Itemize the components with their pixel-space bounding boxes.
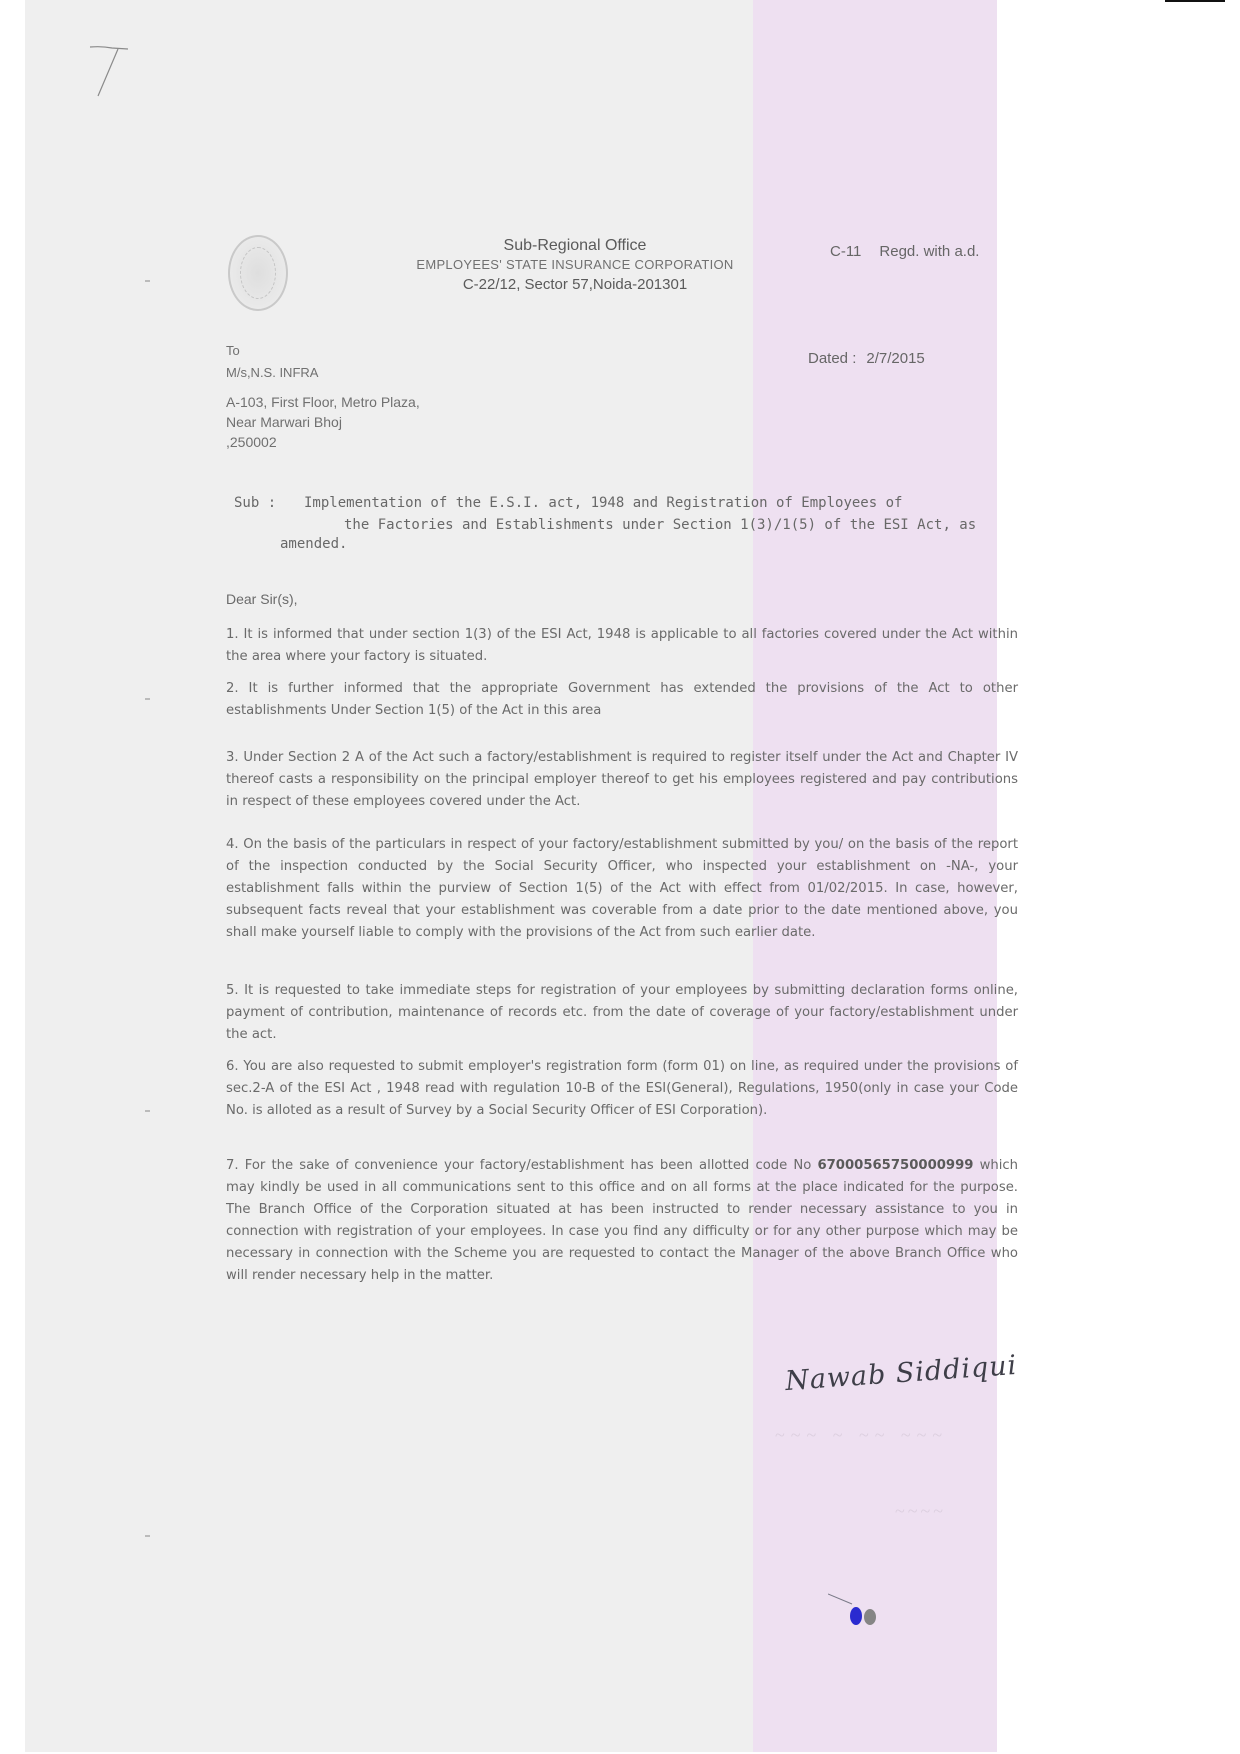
esic-emblem-icon: [228, 235, 288, 311]
reference-line: C-11Regd. with a.d.: [830, 243, 979, 260]
date-label: Dated :: [808, 350, 856, 367]
employer-code: 67000565750000999: [817, 1158, 973, 1173]
recipient-block: To M/s,N.S. INFRA A-103, First Floor, Me…: [226, 340, 420, 452]
recipient-address-line: A-103, First Floor, Metro Plaza,: [226, 392, 420, 412]
salutation: Dear Sir(s),: [226, 588, 1018, 610]
margin-speck: [145, 698, 150, 700]
subject-text: Implementation of the E.S.I. act, 1948 a…: [304, 492, 976, 536]
date-line: Dated :2/7/2015: [808, 350, 925, 367]
subject-label: Sub :: [234, 492, 304, 536]
paragraph-1: 1. It is informed that under section 1(3…: [226, 624, 1018, 668]
paragraph-2: 2. It is further informed that the appro…: [226, 678, 1018, 722]
paragraph-3: 3. Under Section 2 A of the Act such a f…: [226, 747, 1018, 813]
delivery-mode: Regd. with a.d.: [879, 243, 979, 260]
margin-speck: [145, 280, 150, 282]
paragraph-4: 4. On the basis of the particulars in re…: [226, 834, 1018, 944]
subject-line: Implementation of the E.S.I. act, 1948 a…: [304, 492, 976, 514]
paragraph-6: 6. You are also requested to submit empl…: [226, 1056, 1018, 1122]
ink-smudge-icon: [828, 1592, 888, 1632]
form-code: C-11: [830, 243, 861, 260]
paragraph-7: 7. For the sake of convenience your fact…: [226, 1155, 1018, 1287]
recipient-address-line: ,250002: [226, 432, 420, 452]
paragraph-5: 5. It is requested to take immediate ste…: [226, 980, 1018, 1046]
paragraph-7-suffix: which may kindly be used in all communic…: [226, 1158, 1018, 1283]
corporation-name: EMPLOYEES' STATE INSURANCE CORPORATION: [380, 256, 770, 274]
top-edge-line: [1165, 0, 1225, 2]
letterhead: Sub-Regional Office EMPLOYEES' STATE INS…: [380, 236, 770, 296]
to-label: To: [226, 340, 420, 362]
date-value: 2/7/2015: [866, 350, 924, 367]
subject-line: amended.: [280, 536, 347, 552]
office-name: Sub-Regional Office: [380, 236, 770, 256]
margin-speck: [145, 1110, 150, 1112]
recipient-address-line: Near Marwari Bhoj: [226, 412, 420, 432]
margin-speck: [145, 1535, 150, 1537]
subject-block: Sub : Implementation of the E.S.I. act, …: [234, 492, 1018, 536]
recipient-name: M/s,N.S. INFRA: [226, 362, 420, 384]
subject-line: the Factories and Establishments under S…: [304, 514, 976, 536]
faded-stamp: ~~~ ~ ~~ ~~~ ~~~~: [775, 1425, 985, 1535]
handwritten-page-number-7: [88, 44, 138, 104]
paragraph-7-prefix: 7. For the sake of convenience your fact…: [226, 1158, 817, 1173]
office-address: C-22/12, Sector 57,Noida-201301: [380, 274, 770, 296]
emblem-ring: [240, 247, 276, 299]
